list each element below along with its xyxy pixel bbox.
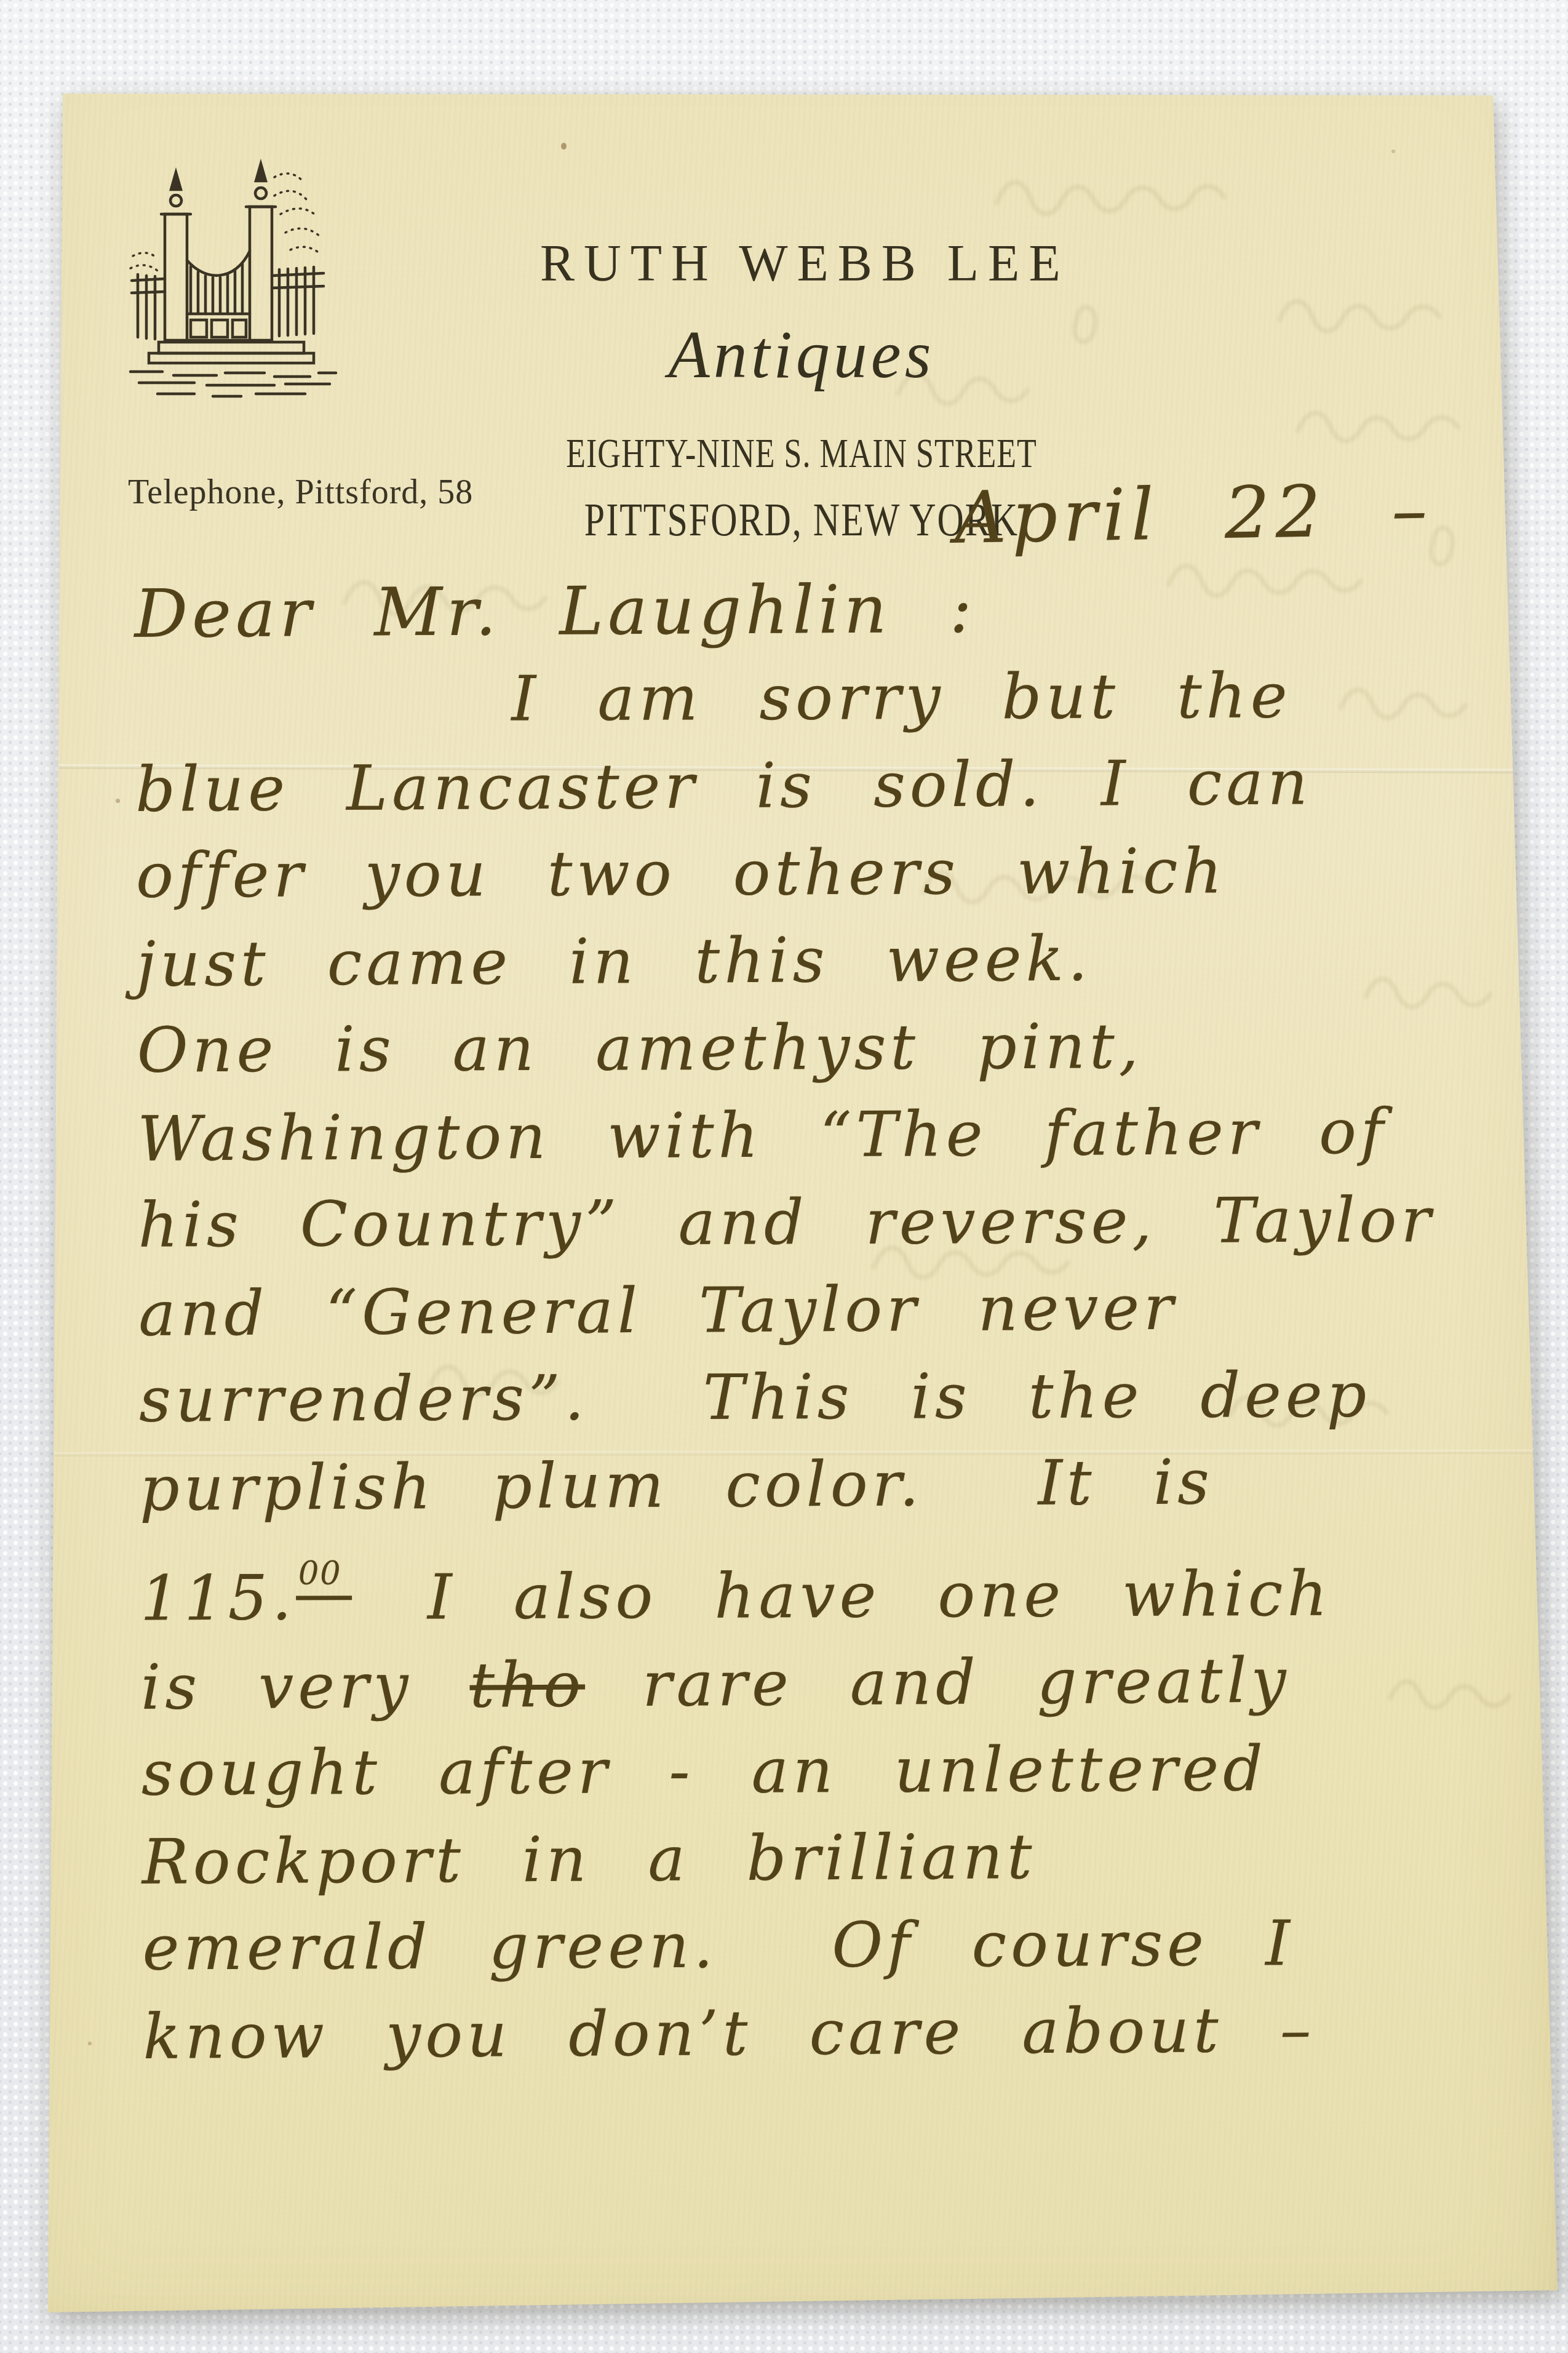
letter-body: Dear Mr. Laughlin : I am sorry but thebl… (134, 562, 1515, 2080)
text-segment: sought after - an unlettered (141, 1732, 1267, 1809)
text-segment: offer you two others which (136, 835, 1227, 912)
text-segment: blue Lancaster is sold. I can (135, 746, 1312, 826)
superscript-cents: 00 (296, 1554, 352, 1600)
telephone-line: Telephone, Pittsford, 58 (128, 473, 473, 512)
handwritten-line: emerald green. Of course I (142, 1898, 1514, 1991)
handwritten-line: offer you two others which (136, 826, 1508, 919)
handwritten-line: blue Lancaster is sold. I can (135, 737, 1508, 833)
handwritten-line: and “General Taylor never (138, 1261, 1511, 1357)
text-segment: One is an amethyst pint, (137, 1010, 1143, 1087)
letter-paper: RUTH WEBB LEE Antiques EIGHTY-NINE S. MA… (0, 0, 1568, 2353)
business-type: Antiques (540, 316, 1063, 394)
address-street: EIGHTY-NINE S. MAIN STREET (540, 429, 1063, 477)
photo-of-handwritten-letter: { "letterhead": { "logo_icon": "garden-g… (0, 0, 1568, 2353)
handwritten-line: sought after - an unlettered (141, 1724, 1514, 1816)
text-segment: and “General Taylor never (138, 1271, 1178, 1350)
salutation: Dear Mr. Laughlin : (134, 562, 1506, 658)
handwritten-line: just came in this week. (136, 912, 1508, 1008)
crossed-out-word: tho (469, 1648, 585, 1721)
handwritten-line: his Country” and reverse, Taylor (138, 1176, 1510, 1269)
handwritten-line: surrenders”. This is the deep (139, 1351, 1511, 1444)
text-segment: I am sorry but the (511, 659, 1292, 735)
handwritten-line: Rockport in a brilliant (141, 1810, 1514, 1906)
handwritten-line: I am sorry but the (511, 651, 1507, 742)
paper-drop-shadow: RUTH WEBB LEE Antiques EIGHTY-NINE S. MA… (0, 0, 1568, 2353)
handwritten-line: purplish plum color. It is (140, 1436, 1512, 1532)
text-segment: rare and greatly (585, 1644, 1291, 1720)
text-segment: Washington with “The father of (137, 1095, 1388, 1175)
garden-gate-illustration (121, 153, 346, 421)
text-segment: just came in this week. (137, 922, 1092, 1001)
business-name: RUTH WEBB LEE (540, 234, 1063, 294)
letter-date: April 22 – (954, 468, 1433, 560)
text-segment: Rockport in a brilliant (141, 1820, 1037, 1898)
text-segment: know you don’t care about – (143, 1993, 1315, 2073)
text-segment: purplish plum color. It is (140, 1445, 1214, 1525)
handwritten-line: is very tho rare and greatly (141, 1635, 1513, 1731)
text-segment: 115. (140, 1561, 296, 1634)
text-segment: his Country” and reverse, Taylor (138, 1183, 1435, 1261)
text-segment: emerald green. Of course I (142, 1907, 1294, 1984)
text-segment: I also have one which (370, 1557, 1332, 1634)
handwritten-lines: I am sorry but theblue Lancaster is sold… (135, 650, 1515, 2080)
handwritten-line: know you don’t care about – (143, 1984, 1515, 2080)
text-segment: is very (141, 1648, 470, 1723)
text-segment: surrenders”. This is the deep (139, 1359, 1371, 1436)
handwritten-line: Washington with “The father of (137, 1087, 1510, 1183)
handwritten-line: One is an amethyst pint, (137, 1001, 1509, 1094)
handwritten-line: 115.00 I also have one which (140, 1525, 1513, 1642)
